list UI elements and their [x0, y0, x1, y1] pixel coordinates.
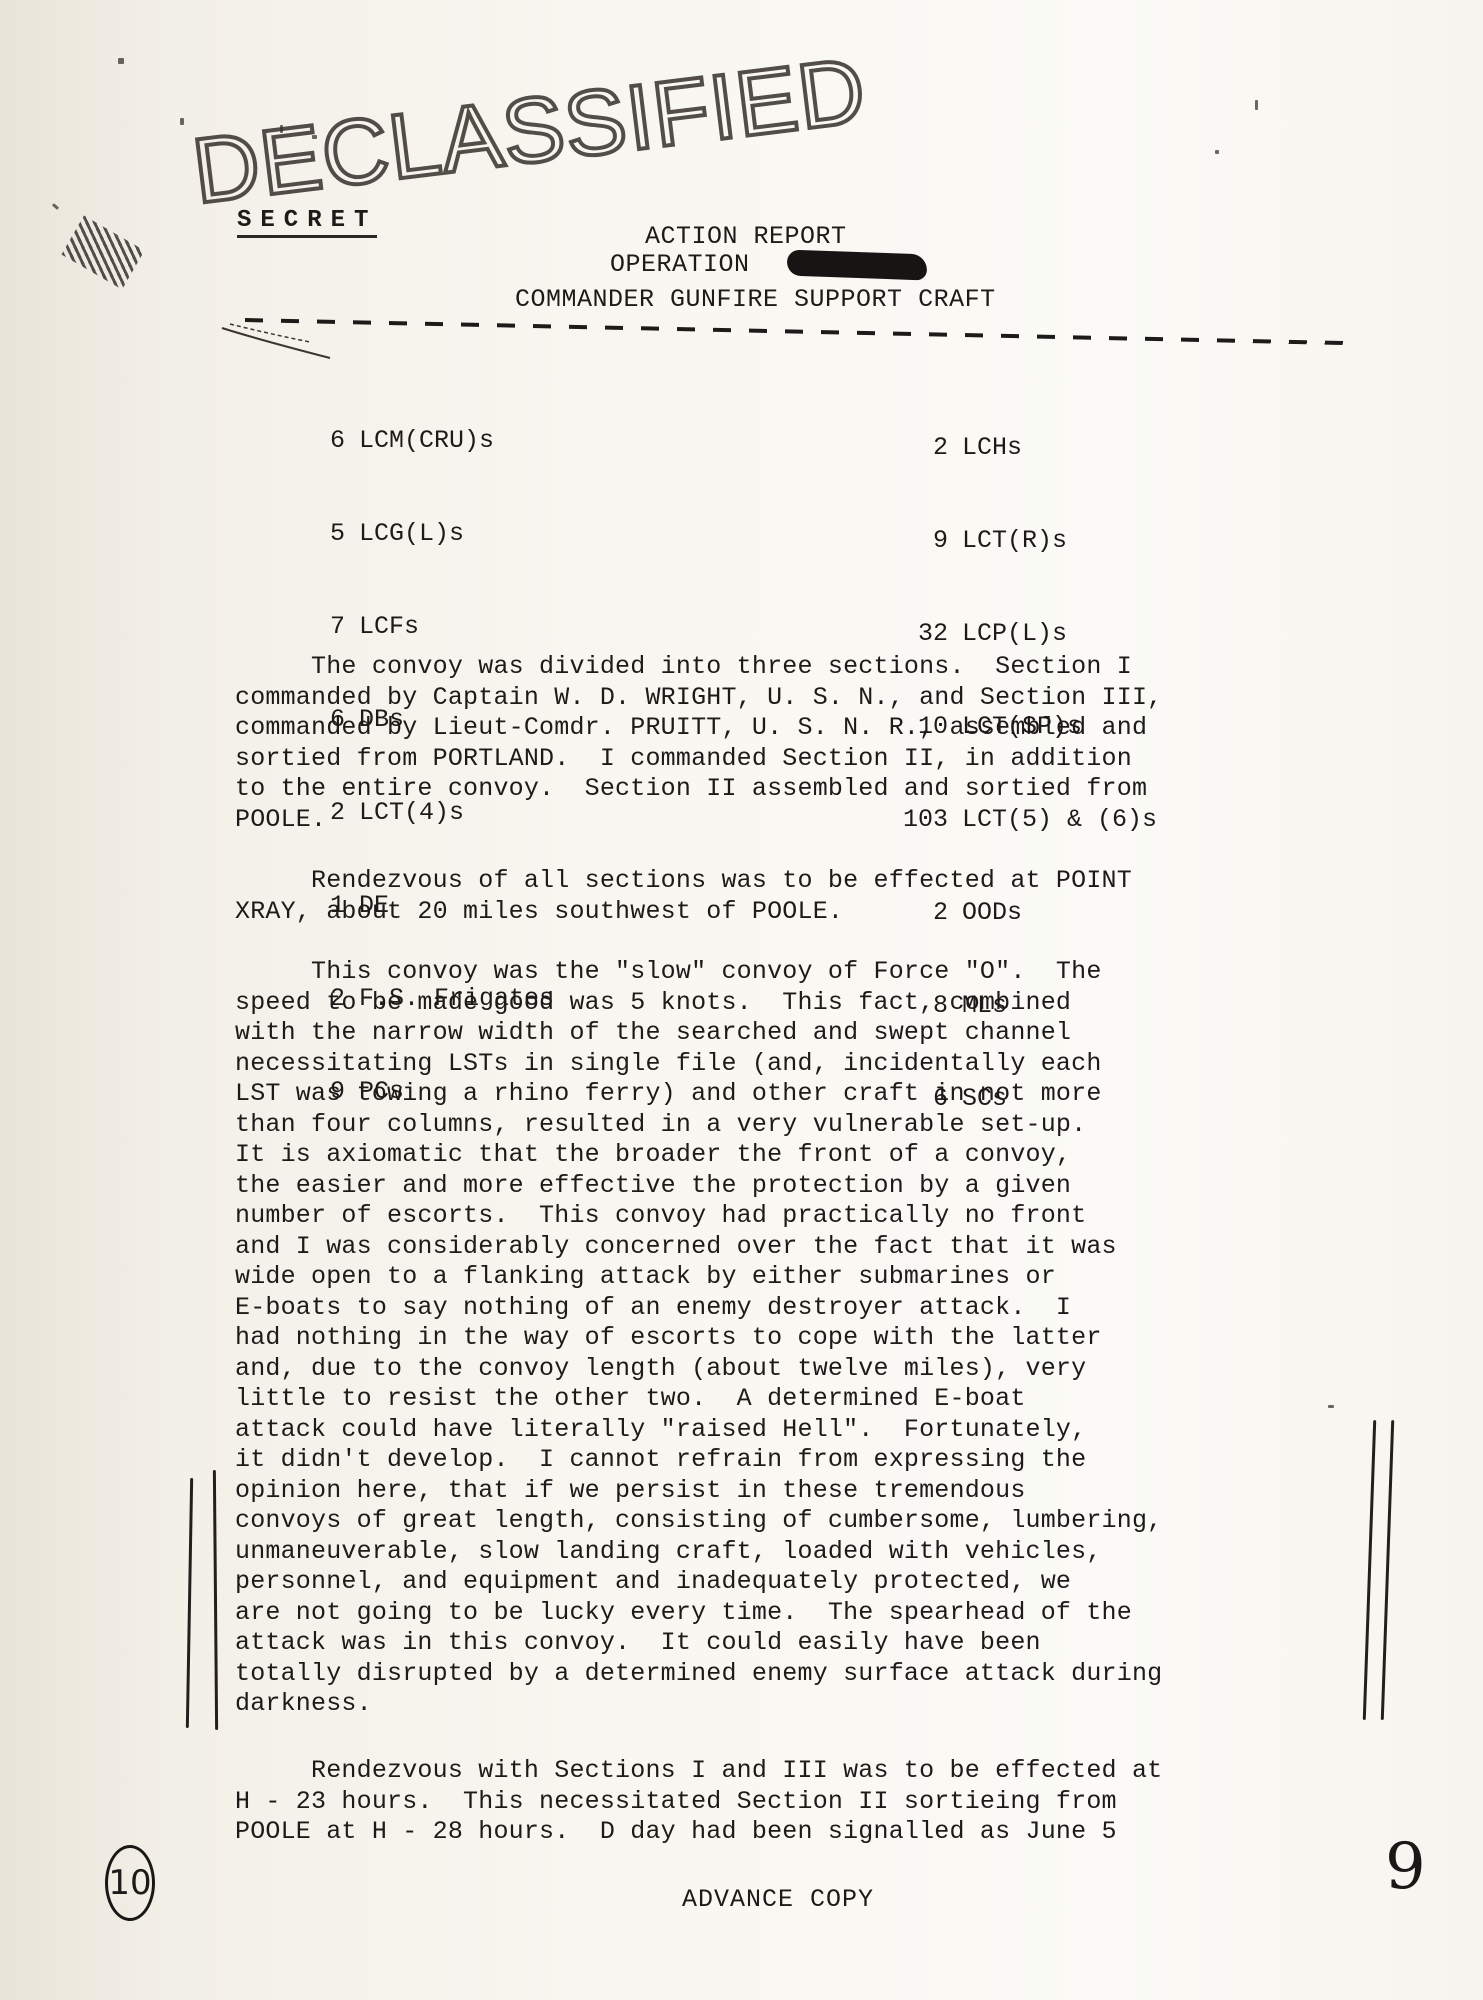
list-item: 6LCM(CRU)s [325, 425, 554, 456]
list-item: 2LCHs [890, 432, 1157, 463]
paragraph-convoy-sections: The convoy was divided into three sectio… [235, 652, 1365, 835]
classification-label: SECRET [237, 208, 377, 238]
advance-copy-footer: ADVANCE COPY [682, 1885, 874, 1914]
paragraph-rendezvous-timing: Rendezvous with Sections I and III was t… [235, 1756, 1365, 1848]
speck [1255, 100, 1258, 110]
list-item: 5LCG(L)s [325, 518, 554, 549]
report-title: ACTION REPORT [645, 222, 847, 251]
document-page: DECLASSIFIED SECRET ACTION REPORT OPERAT… [0, 0, 1483, 2000]
circled-page-number: 10 [105, 1845, 155, 1921]
ink-smudge [61, 216, 144, 290]
report-subtitle: COMMANDER GUNFIRE SUPPORT CRAFT [515, 285, 996, 314]
header-divider [245, 318, 1355, 345]
pen-scribble-icon [220, 320, 340, 360]
speck [118, 58, 124, 64]
speck [1215, 150, 1219, 154]
paragraph-slow-convoy: This convoy was the "slow" convoy of For… [235, 957, 1365, 1720]
list-item: 32LCP(L)s [890, 618, 1157, 649]
speck [52, 203, 59, 210]
list-item: 7LCFs [325, 611, 554, 642]
redacted-operation-name [787, 250, 928, 281]
margin-mark-left [186, 1478, 193, 1728]
list-item: 9LCT(R)s [890, 525, 1157, 556]
speck [180, 118, 184, 125]
handwritten-page-number: 9 [1385, 1830, 1426, 1904]
margin-mark-right [1381, 1420, 1394, 1720]
operation-label: OPERATION [610, 250, 750, 279]
margin-mark-left [213, 1470, 218, 1730]
declassified-stamp: DECLASSIFIED [187, 38, 871, 225]
paragraph-rendezvous-point: Rendezvous of all sections was to be eff… [235, 866, 1365, 927]
